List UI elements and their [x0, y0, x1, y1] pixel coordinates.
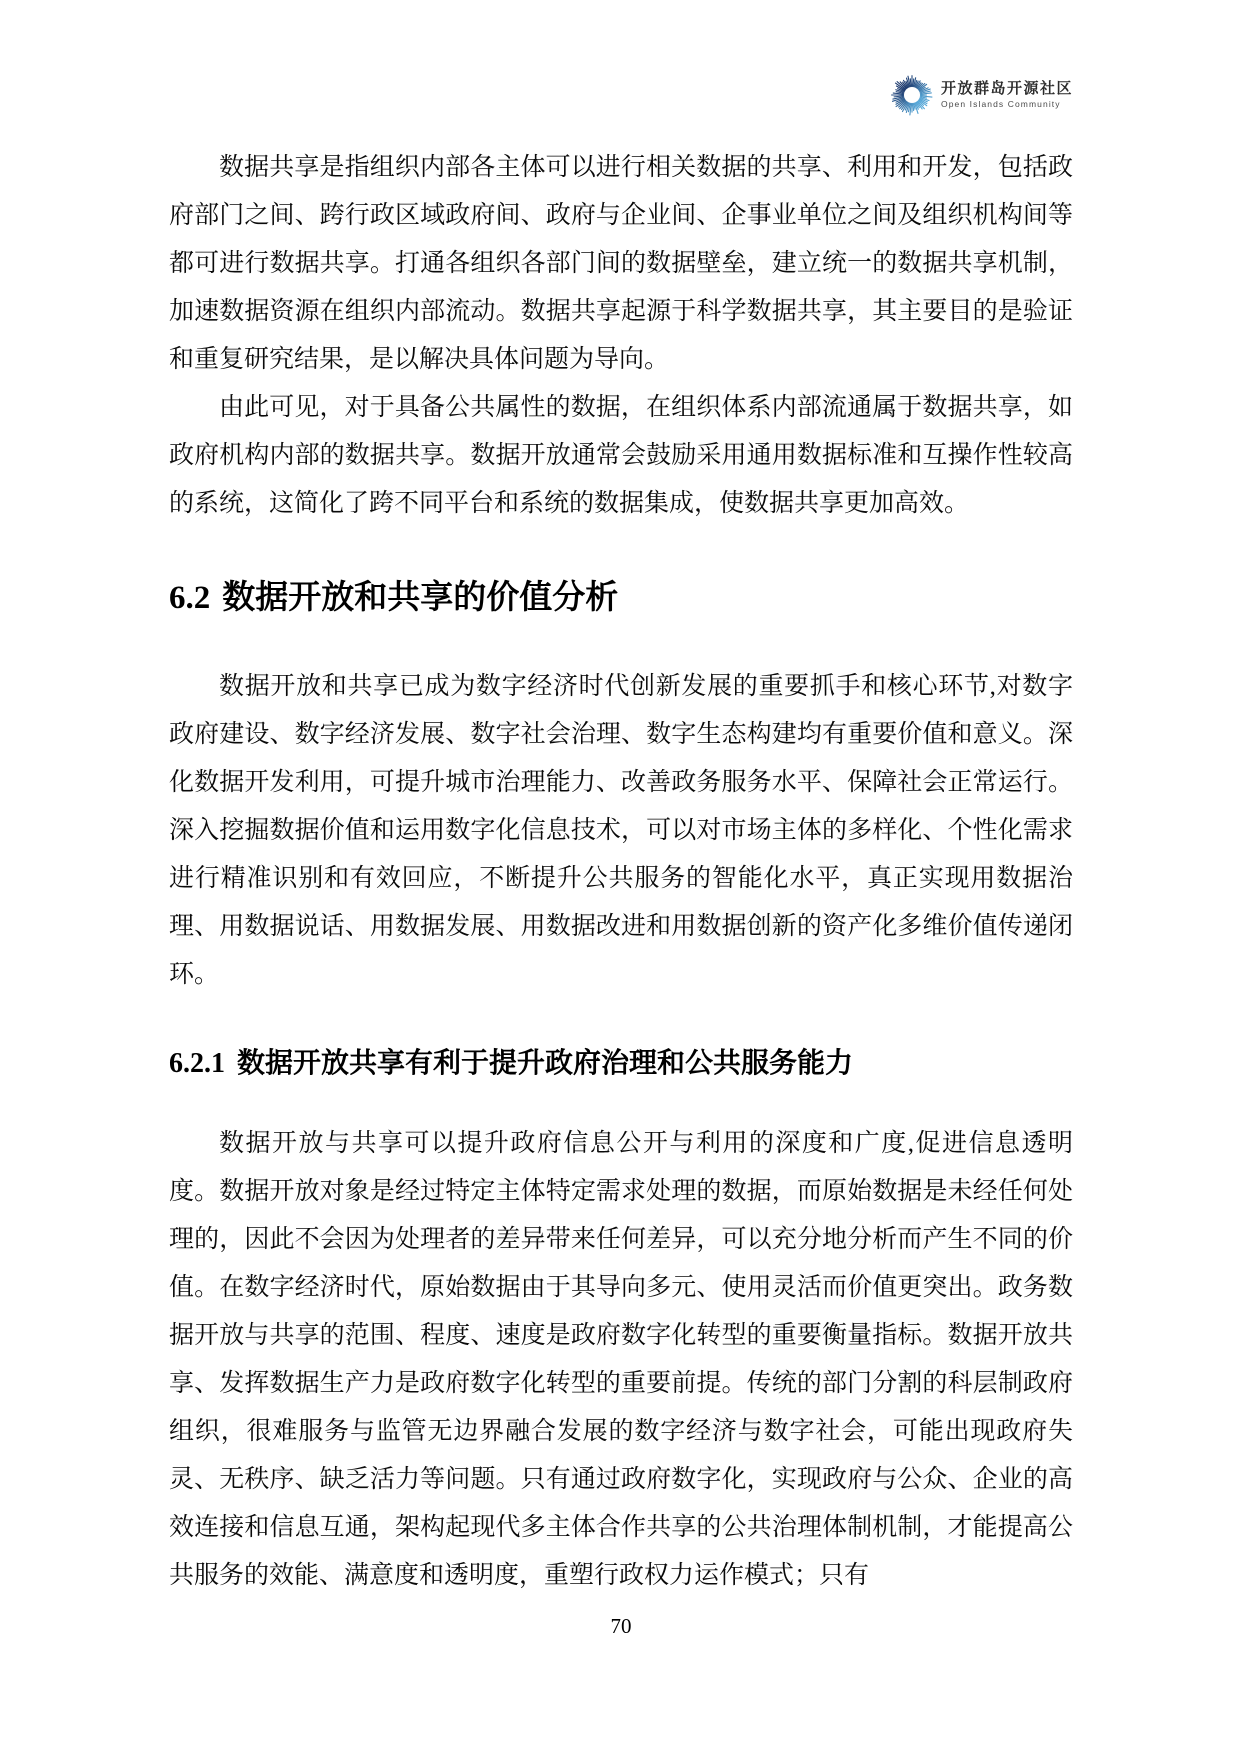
section-title: 数据开放和共享的价值分析 [222, 578, 618, 615]
logo-title-english: Open Islands Community [941, 100, 1073, 110]
paragraph-government-governance: 数据开放与共享可以提升政府信息公开与利用的深度和广度,促进信息透明度。数据开放对… [169, 1120, 1073, 1600]
page-footer: 70 [169, 1614, 1073, 1639]
community-logo: 开放群岛开源社区 Open Islands Community [891, 74, 1073, 116]
paragraph-sharing-vs-openness: 由此可见，对于具备公共属性的数据，在组织体系内部流通属于数据共享，如政府机构内部… [169, 384, 1073, 528]
paragraph-value-analysis: 数据开放和共享已成为数字经济时代创新发展的重要抓手和核心环节,对数字政府建设、数… [169, 663, 1073, 999]
logo-title-chinese: 开放群岛开源社区 [941, 80, 1073, 97]
sunburst-logo-icon [891, 74, 933, 116]
subsection-title: 数据开放共享有利于提升政府治理和公共服务能力 [237, 1047, 853, 1078]
subsection-number: 6.2.1 [169, 1048, 225, 1079]
page-number: 70 [611, 1614, 632, 1638]
page-header: 开放群岛开源社区 Open Islands Community [891, 74, 1073, 116]
document-page: 开放群岛开源社区 Open Islands Community 数据共享是指组织… [0, 0, 1240, 1753]
section-heading-6-2-1: 6.2.1数据开放共享有利于提升政府治理和公共服务能力 [169, 1045, 1073, 1082]
section-number: 6.2 [169, 580, 210, 616]
document-body: 数据共享是指组织内部各主体可以进行相关数据的共享、利用和开发，包括政府部门之间、… [169, 144, 1073, 1600]
paragraph-data-sharing-definition: 数据共享是指组织内部各主体可以进行相关数据的共享、利用和开发，包括政府部门之间、… [169, 144, 1073, 384]
section-heading-6-2: 6.2数据开放和共享的价值分析 [169, 576, 1073, 619]
logo-text-block: 开放群岛开源社区 Open Islands Community [941, 80, 1073, 109]
